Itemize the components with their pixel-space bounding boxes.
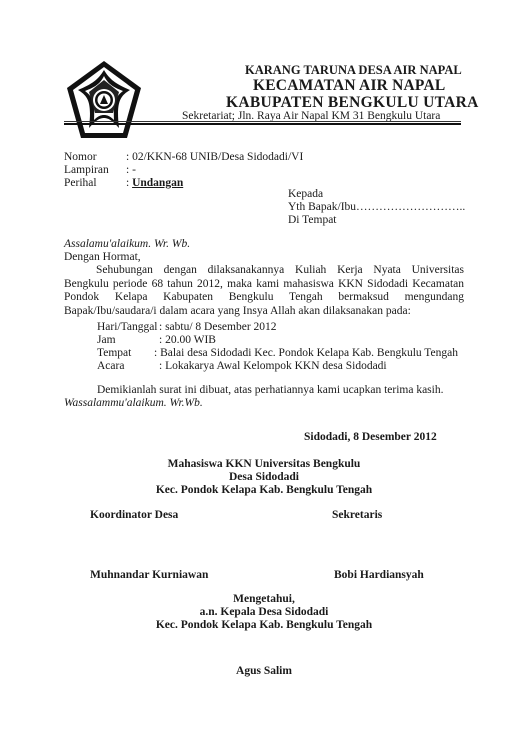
signatory-name-coordinator: Muhnandar Kurniawan (90, 569, 208, 581)
sender-line-2: Desa Sidodadi (64, 471, 464, 483)
recipient-line-name: Yth Bapak/Ibu……………………….. (288, 201, 465, 213)
intro-paragraph: Sehubungan dengan dilaksanakannya Kuliah… (64, 264, 464, 318)
meta-value-nomor: : 02/KKN-68 UNIB/Desa Sidodadi/VI (126, 151, 303, 163)
meta-label-perihal: Perihal (64, 177, 97, 189)
event-label-agenda: Acara (97, 360, 124, 372)
intro-paragraph-text: Sehubungan dengan dilaksanakannya Kuliah… (64, 264, 464, 317)
signatory-name-secretary: Bobi Hardiansyah (334, 569, 424, 581)
sender-line-1: Mahasiswa KKN Universitas Bengkulu (64, 458, 464, 470)
letterhead-divider-thin (64, 121, 461, 122)
signatory-title-secretary: Sekretaris (332, 509, 382, 521)
salutation: Dengan Hormat, (64, 251, 141, 263)
event-value-time: : 20.00 WIB (159, 334, 216, 346)
recipient-line-place: Di Tempat (288, 214, 337, 226)
acknowledgement-line-3: Kec. Pondok Kelapa Kab. Bengkulu Tengah (64, 619, 464, 631)
event-value-place: : Balai desa Sidodadi Kec. Pondok Kelapa… (154, 347, 458, 359)
signatory-title-coordinator: Koordinator Desa (90, 509, 178, 521)
event-value-date: : sabtu/ 8 Desember 2012 (159, 321, 277, 333)
organization-name: KARANG TARUNA DESA AIR NAPAL (245, 63, 462, 78)
event-label-place: Tempat (97, 347, 131, 359)
opening-greeting: Assalamu'alaikum. Wr. Wb. (64, 238, 190, 250)
closing-greeting: Wassalammu'alaikum. Wr.Wb. (64, 397, 203, 409)
district-name: KECAMATAN AIR NAPAL (253, 77, 445, 95)
place-date: Sidodadi, 8 Desember 2012 (304, 431, 437, 443)
letterhead-divider-thick (64, 123, 461, 125)
sender-line-3: Kec. Pondok Kelapa Kab. Bengkulu Tengah (64, 484, 464, 496)
event-label-time: Jam (97, 334, 116, 346)
acknowledgement-line-1: Mengetahui, (64, 593, 464, 605)
village-head-name: Agus Salim (64, 665, 464, 677)
recipient-line-kepada: Kepada (288, 188, 323, 200)
meta-value-lampiran: : - (126, 164, 136, 176)
pentagon-emblem-icon (64, 58, 144, 142)
event-label-date: Hari/Tanggal (97, 321, 158, 333)
meta-label-nomor: Nomor (64, 151, 97, 163)
acknowledgement-line-2: a.n. Kepala Desa Sidodadi (64, 606, 464, 618)
subject-undangan: Undangan (132, 177, 183, 189)
meta-label-lampiran: Lampiran (64, 164, 109, 176)
closing-paragraph: Demikianlah surat ini dibuat, atas perha… (97, 384, 443, 396)
event-value-agenda: : Lokakarya Awal Kelompok KKN desa Sidod… (159, 360, 387, 372)
meta-value-perihal: : Undangan (126, 177, 183, 189)
